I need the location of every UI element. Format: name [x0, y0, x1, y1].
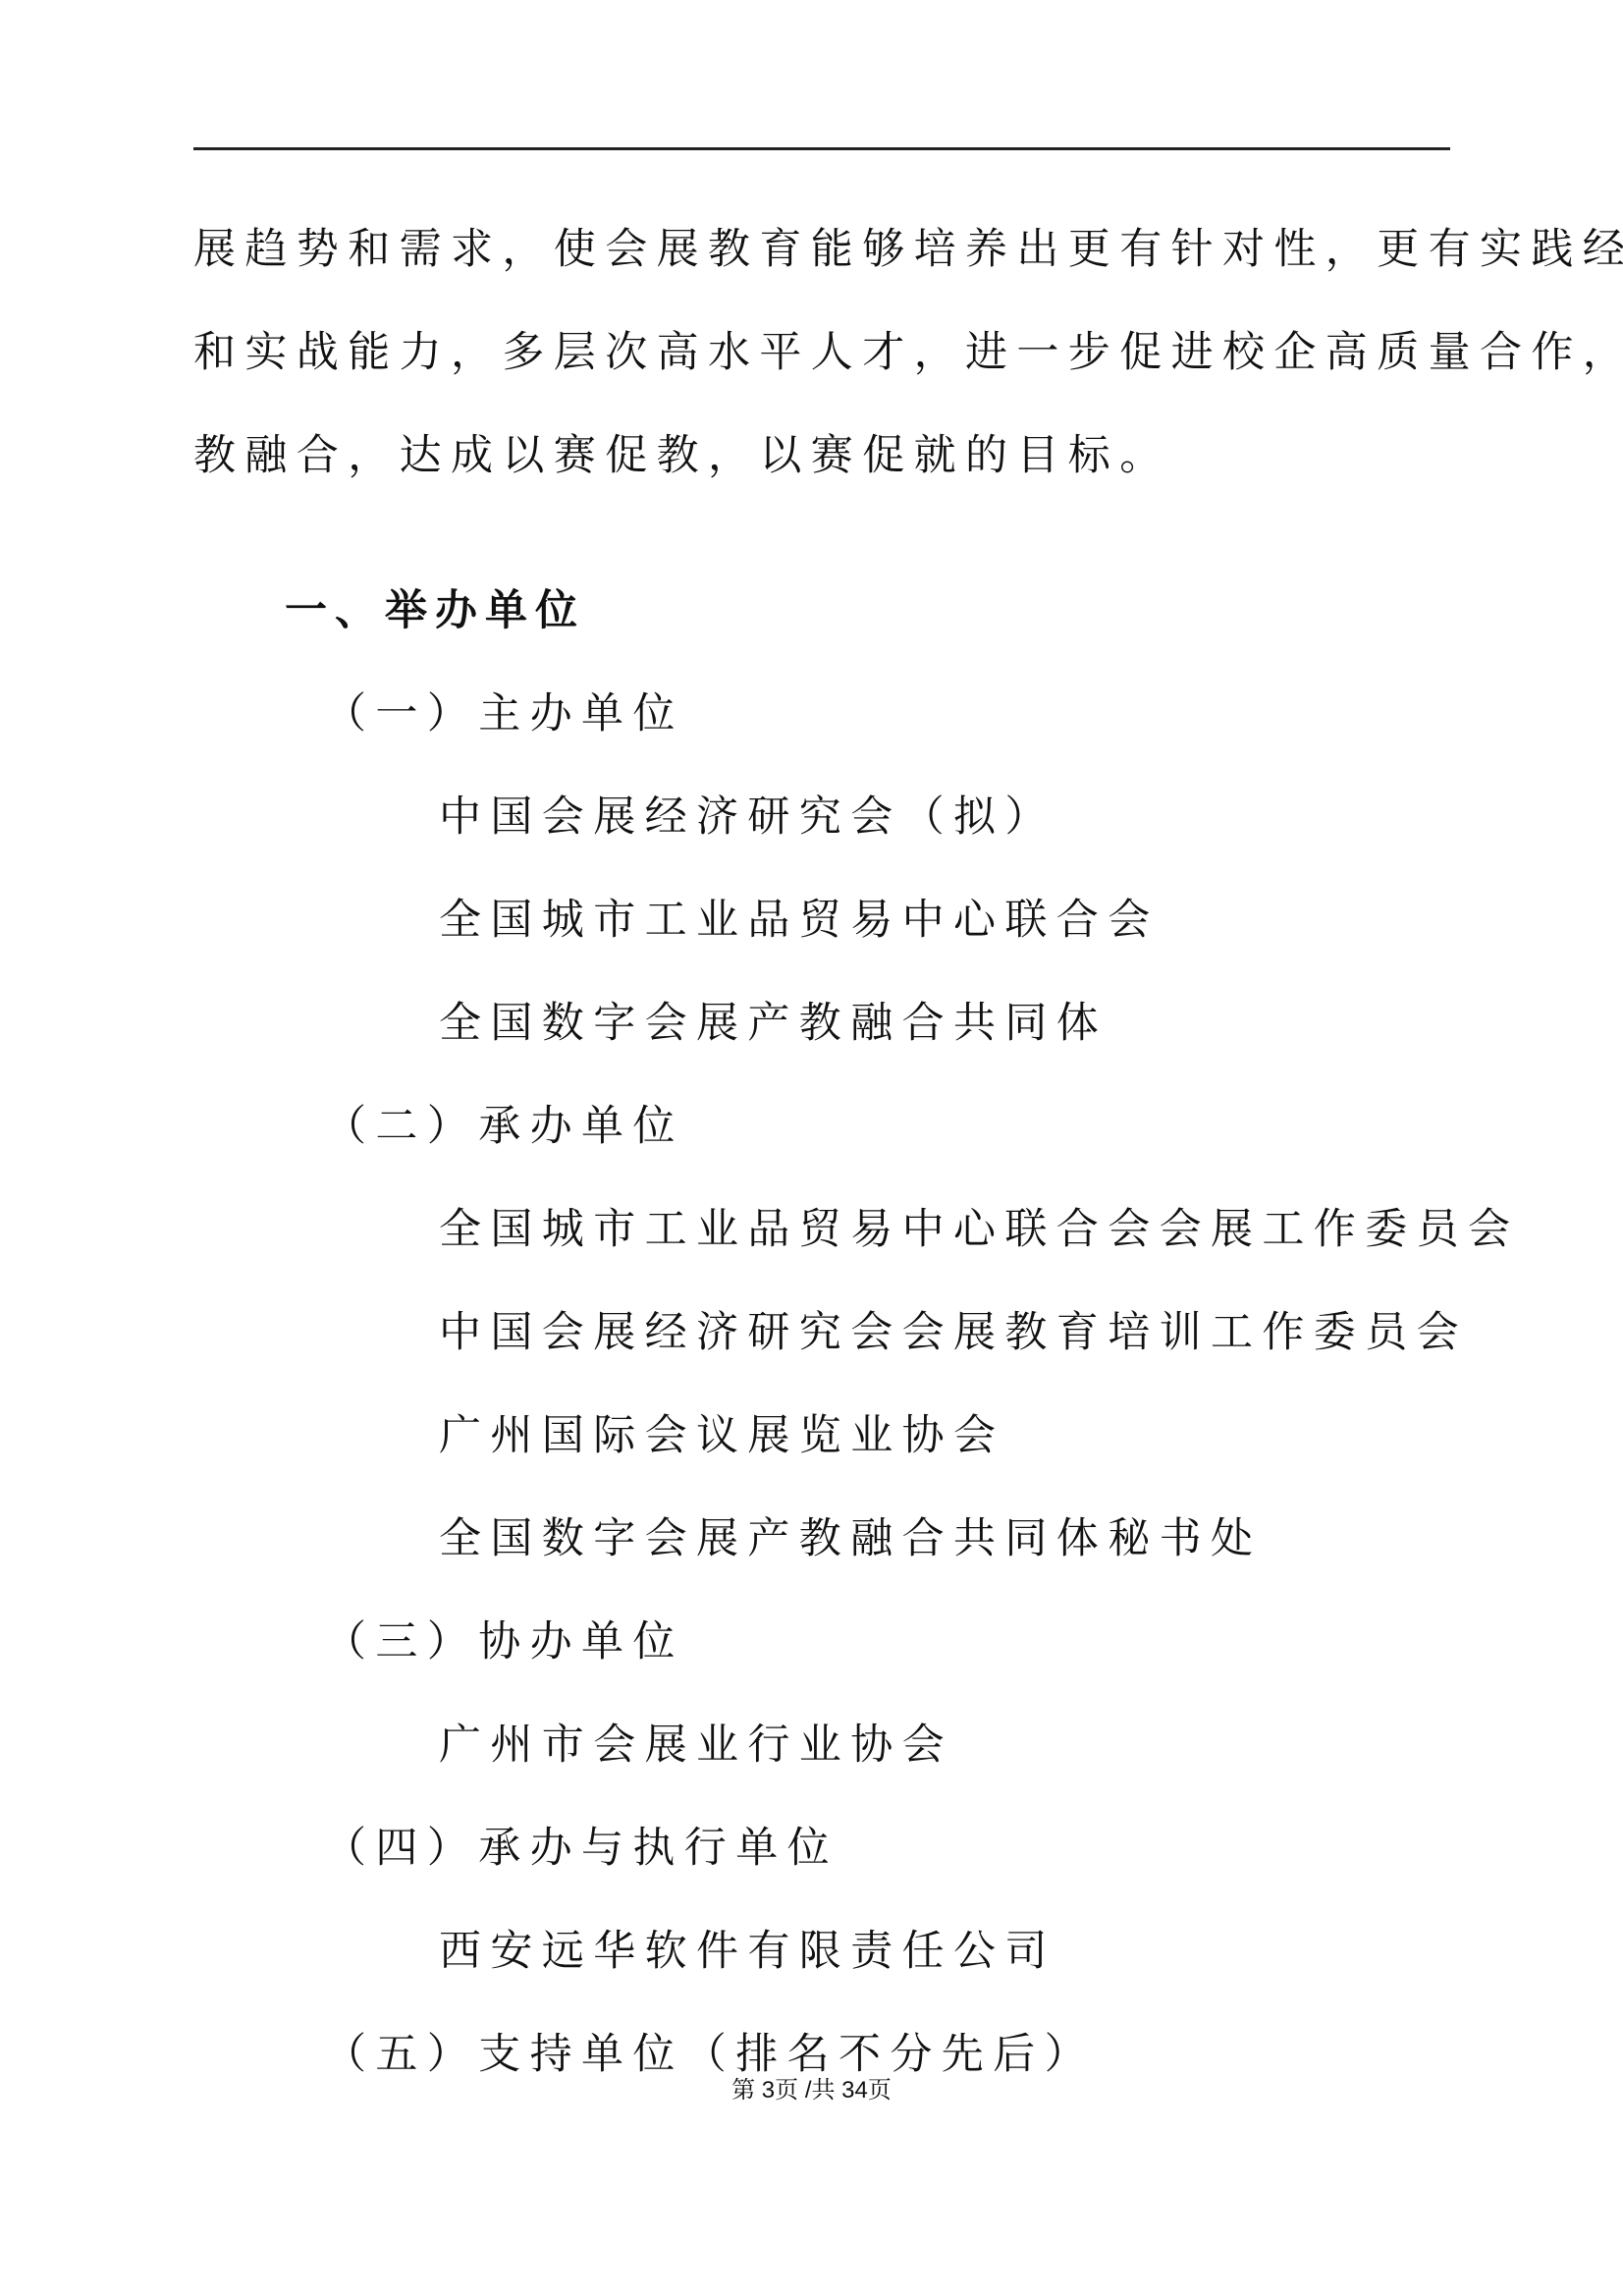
list-item: 全国城市工业品贸易中心联合会会展工作委员会 [439, 1200, 1519, 1259]
page-number: 第 3页 /共 34页 [0, 2070, 1623, 2105]
list-item: 西安远华软件有限责任公司 [439, 1922, 1056, 1981]
intro-paragraph: 展趋势和需求，使会展教育能够培养出更有针对性，更有实践经验 和实战能力，多层次高… [193, 198, 1455, 508]
subsection-heading-organizer: （二）承办单位 [324, 1097, 684, 1156]
subsection-heading-executor: （四）承办与执行单位 [324, 1819, 839, 1878]
subsection-heading-co-organizer: （三）协办单位 [324, 1613, 684, 1671]
subsection-heading-host: （一）主办单位 [324, 684, 684, 743]
list-item: 广州市会展业行业协会 [439, 1716, 953, 1775]
list-item: 广州国际会议展览业协会 [439, 1406, 1004, 1465]
list-item: 全国城市工业品贸易中心联合会 [439, 891, 1160, 950]
header-rule [193, 147, 1450, 150]
paragraph-line: 和实战能力，多层次高水平人才，进一步促进校企高质量合作，产 [193, 301, 1455, 405]
list-item: 全国数字会展产教融合共同体 [439, 994, 1108, 1053]
paragraph-line: 教融合，达成以赛促教，以赛促就的目标。 [193, 405, 1455, 508]
paragraph-line: 展趋势和需求，使会展教育能够培养出更有针对性，更有实践经验 [193, 198, 1455, 301]
list-item: 全国数字会展产教融合共同体秘书处 [439, 1509, 1262, 1568]
section-heading-organizers: 一、举办单位 [285, 581, 585, 640]
list-item: 中国会展经济研究会（拟） [439, 788, 1056, 847]
list-item: 中国会展经济研究会会展教育培训工作委员会 [439, 1303, 1468, 1362]
